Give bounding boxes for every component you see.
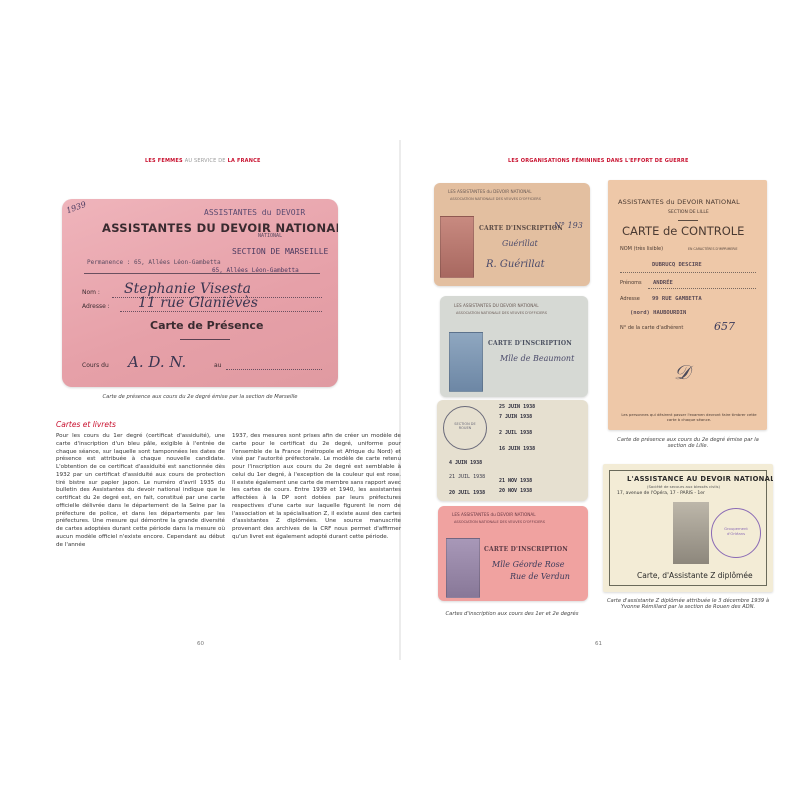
section-stamp: SECTION DE MARSEILLE	[232, 247, 328, 256]
inscription-card-2-image: LES ASSISTANTES DU DEVOIR NATIONAL ASSOC…	[440, 296, 588, 397]
running-head-right: LES ORGANISATIONS FÉMININES DANS L'EFFOR…	[508, 158, 689, 164]
card-subtitle: ASSOCIATION NATIONALE DES VEUVES D'OFFIC…	[456, 311, 547, 315]
nom-typed: DUBRUCQ DESCIRE	[652, 262, 702, 268]
address-label: Adresse :	[82, 303, 110, 310]
course-label: Cours du	[82, 362, 109, 369]
nom-hint: EN CARACTÈRES D'IMPRIMERIE	[688, 247, 738, 251]
card-section: SECTION DE LILLE	[668, 210, 709, 215]
round-stamp: SECTION DE ROUEN	[443, 406, 487, 450]
date-stamp: 25 JUIN 1938	[499, 404, 535, 410]
lille-control-card-image: ASSISTANTES du DEVOIR NATIONAL SECTION D…	[608, 180, 767, 430]
date-stamp: 21 NOV 1938	[499, 478, 532, 484]
name-handwritten: Guérillat	[502, 239, 538, 248]
date-stamp: 7 JUIN 1938	[499, 414, 532, 420]
card-address: 17, avenue de l'Opéra, 17 - PARIS - 1er	[617, 491, 705, 496]
name-handwritten: Mlle de Beaumont	[500, 354, 574, 363]
card-title: CARTE D'INSCRIPTION	[479, 225, 563, 232]
date-stamp: 2 JUIL 1938	[499, 430, 532, 436]
card-title: CARTE D'INSCRIPTION	[488, 340, 572, 347]
dotted-line	[620, 272, 756, 273]
running-head-left: LES FEMMES AU SERVICE DE LA FRANCE	[145, 158, 261, 164]
inscription-card-3-image: LES ASSISTANTES du DEVOIR NATIONAL ASSOC…	[438, 506, 588, 601]
dotted-line	[120, 311, 322, 312]
member-number-value: 657	[714, 320, 735, 333]
rouen-assistant-z-card-image: L'ASSISTANCE AU DEVOIR NATIONAL (Société…	[603, 464, 773, 592]
book-gutter	[399, 140, 401, 660]
card-illustration	[446, 538, 480, 598]
address-handwritten: Rue de Verdun	[510, 572, 570, 581]
page-number-left: 60	[197, 641, 204, 647]
title-ornament	[678, 220, 698, 221]
running-head-part: AU SERVICE DE	[185, 158, 226, 164]
name-label: Nom :	[82, 289, 100, 296]
body-text-column-2: 1937, des mesures sont prises afin de cr…	[232, 433, 401, 542]
figure-caption-marseille: Carte de présence aux cours du 2e degré …	[62, 394, 338, 400]
prenoms-typed: ANDRÉE	[653, 280, 673, 286]
card-illustration	[440, 216, 474, 278]
card-title: Carte, d'Assistante Z diplômée	[637, 571, 753, 580]
date-stamp: 20 NOV 1938	[499, 488, 532, 494]
card-organization: ASSISTANTES DU DEVOIR NATIONAL	[102, 221, 338, 235]
card-illustration	[673, 502, 709, 564]
dated-stamps-card-image: SECTION DE ROUEN 25 JUIN 1938 7 JUIN 193…	[437, 400, 588, 501]
card-number: N° 193	[554, 221, 583, 230]
card-title: CARTE D'INSCRIPTION	[484, 546, 568, 553]
course-handwritten: A. D. N.	[128, 353, 186, 371]
card-subtitle: ASSOCIATION NATIONALE DES VEUVES D'OFFIC…	[450, 197, 541, 201]
card-organization: LES ASSISTANTES du DEVOIR NATIONAL	[452, 512, 536, 517]
running-head-part: LA FRANCE	[228, 158, 261, 164]
date-stamp: 21 JUIL 1938	[449, 474, 485, 480]
figure-caption-rouen: Carte d'assistante Z diplômée attribuée …	[606, 598, 770, 611]
card-subtitle: ASSOCIATION NATIONALE DES VEUVES D'OFFIC…	[454, 520, 545, 524]
section-title: Cartes et livrets	[56, 420, 116, 429]
card-subtitle: (Société de secours aux blessés civils)	[647, 484, 720, 489]
signature: R. Guérillat	[486, 259, 545, 270]
page-number-right: 61	[595, 641, 602, 647]
inscription-card-1-image: LES ASSISTANTES du DEVOIR NATIONAL ASSOC…	[434, 183, 590, 286]
stamp-text: SECTION DE ROUEN	[448, 422, 482, 430]
date-stamp: 16 JUIN 1938	[499, 446, 535, 452]
adresse-typed-2: (nord) HAUBOURDIN	[630, 310, 686, 316]
card-organization: LES ASSISTANTES DU DEVOIR NATIONAL	[454, 303, 539, 308]
date-stamp: 4 JUIN 1938	[449, 460, 482, 466]
figure-caption-inscription: Cartes d'inscription aux cours des 1er e…	[432, 611, 592, 617]
round-stamp: Groupement d'Orléans	[711, 508, 761, 558]
marseille-presence-card-image: 1939 ASSISTANTES du DEVOIR ASSISTANTES D…	[62, 199, 338, 387]
dotted-line	[226, 369, 322, 370]
card-divider	[84, 273, 320, 274]
dotted-line	[648, 288, 756, 289]
title-ornament	[180, 339, 230, 340]
address-handwritten: 11 rue Glanièvès	[138, 295, 258, 311]
card-title: Carte de Présence	[150, 319, 263, 332]
card-organization: L'ASSISTANCE AU DEVOIR NATIONAL	[627, 475, 773, 483]
course-suffix: au	[214, 362, 221, 369]
card-organization: ASSISTANTES du DEVOIR NATIONAL	[618, 198, 740, 206]
card-illustration	[449, 332, 483, 392]
name-handwritten: Mlle Géorde Rose	[492, 560, 564, 569]
member-number-label: N° de la carte d'adhérent	[620, 325, 683, 331]
signature: 𝒟	[674, 360, 690, 384]
adresse-label: Adresse	[620, 296, 640, 302]
stamp-text: ASSISTANTES du DEVOIR	[204, 208, 305, 217]
nom-label: NOM (très lisible)	[620, 246, 663, 252]
prenoms-label: Prénoms	[620, 280, 642, 286]
card-organization: LES ASSISTANTES du DEVOIR NATIONAL	[448, 189, 532, 194]
running-head-part: LES FEMMES	[145, 158, 183, 164]
card-title: CARTE de CONTROLE	[622, 224, 744, 238]
body-text-column-1: Pour les cours du 1er degré (certificat …	[56, 433, 225, 549]
figure-caption-lille: Carte de présence aux cours du 2e degré …	[612, 437, 764, 450]
stamp-text: Groupement d'Orléans	[722, 526, 750, 536]
stamp-text: NATIONAL	[258, 233, 282, 239]
year-note: 1939	[65, 200, 87, 215]
card-permanence: Permanence : 65, Allées Léon-Gambetta	[87, 259, 221, 266]
date-stamp: 20 JUIL 1938	[449, 490, 485, 496]
adresse-typed: 99 RUE GAMBETTA	[652, 296, 702, 302]
card-footer-note: Les personnes qui désirent passer l'exam…	[620, 412, 758, 422]
book-spread: LES FEMMES AU SERVICE DE LA FRANCE LES O…	[0, 0, 800, 800]
